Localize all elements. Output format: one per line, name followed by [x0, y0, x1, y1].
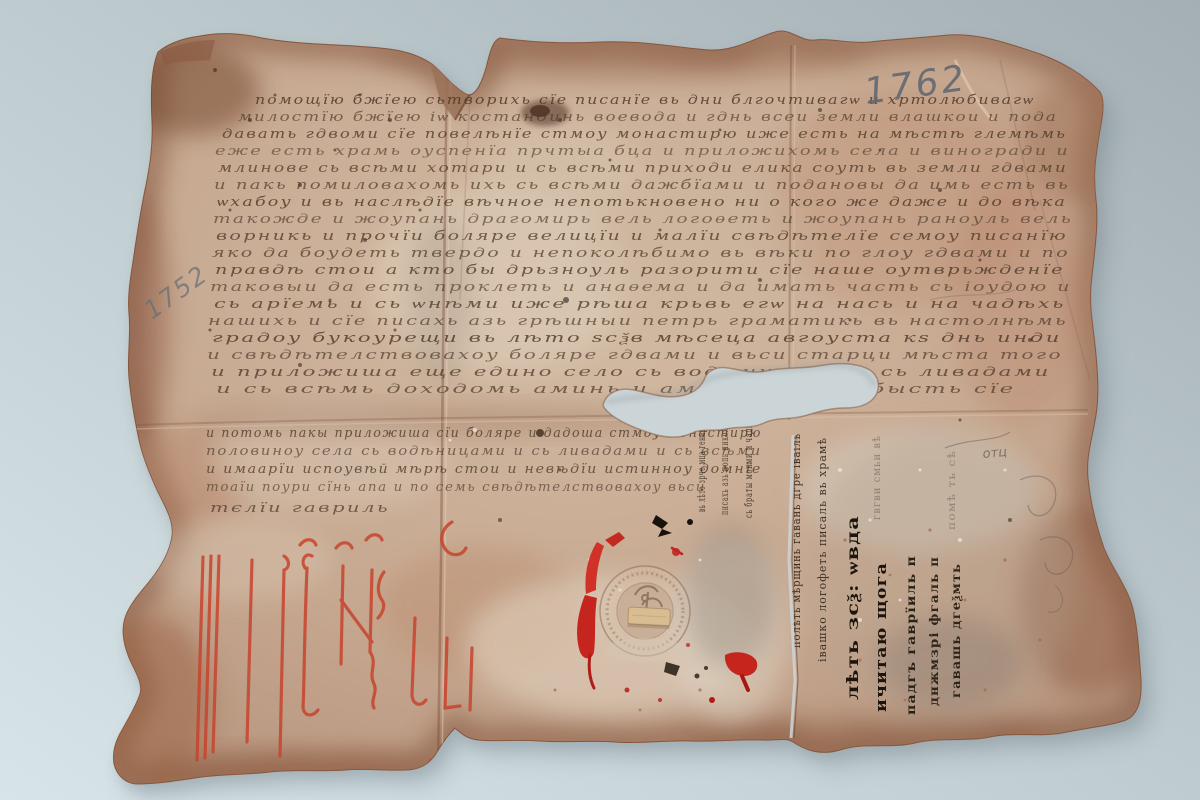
manuscript-line: правдѣ стои а кто бы дрьзноуль разорити …	[215, 263, 1065, 278]
manuscript-column-large: ичитаю щога	[872, 562, 890, 712]
manuscript-line: яко да боудеть твердо и непоколѣбимо вь …	[212, 246, 1070, 261]
manuscript-column: вь лѣто зрче мца генара	[697, 424, 708, 512]
manuscript-line: и приложиша еще едино село сь водѣницами…	[211, 365, 1051, 380]
manuscript-column: днжмзрі фгаль п	[927, 556, 941, 706]
manuscript-line: градоу букоурещи вь лѣто ѕсѯв мѣсеца авг…	[212, 331, 1062, 346]
manuscript-column-faint: гвгви смьи вѣ	[872, 435, 883, 520]
manuscript-column: сь браты моими и чады	[744, 422, 755, 518]
manuscript-column-large: лѣть зсѯ: ѡвда	[843, 515, 862, 700]
manuscript-line: и пакь помиловахомь ихь сь всѣми дажбїам…	[214, 178, 1070, 193]
manuscript-line: тєлїи гавриль	[210, 501, 390, 516]
manuscript-line: нашихь и сїе писахь азь грѣшныи петрь гр…	[208, 314, 1068, 329]
photo-of-parchment-charter: помощїю бжїею сьтворихь сїе писанїе вь д…	[0, 0, 1200, 800]
manuscript-line: ворникь и прочїи боляре велицїи и малїи …	[216, 229, 1068, 244]
manuscript-column-faint: помѣ ть сѣ	[947, 450, 958, 530]
manuscript-column: писахь азь попь никола	[720, 423, 731, 515]
manuscript-column: івашко логофеть писаль вь храмѣ	[816, 437, 829, 662]
manuscript-line: еже есть храмь оуспенїа прчтыа бца и при…	[215, 144, 1070, 159]
manuscript-column: падгъ гаврїиль п	[904, 555, 918, 715]
photo-canvas: помощїю бжїею сьтворихь сїе писанїе вь д…	[0, 0, 1200, 800]
manuscript-column: гавашь дгеѯмть	[949, 563, 963, 698]
manuscript-line: и имаарїи испоувѣй мѣрѣ стои и невѣдїи и…	[206, 462, 762, 477]
manuscript-line: таковыи да есть проклеть и анаѳема и да …	[210, 280, 1072, 295]
seal-slit-strip	[628, 607, 671, 629]
manuscript-line: сь арїемь и сь ѡнѣми иже рѣша крьвь егѡ …	[214, 297, 1066, 312]
manuscript-line: давать гдвоми сїе повелѣнїе стмоу монаст…	[222, 127, 1067, 142]
manuscript-line: милостїю бжїею іѡ костандинь воевода и г…	[238, 110, 1058, 125]
pencil-stray-word: отц	[982, 445, 1008, 462]
manuscript-line: половиноу села сь водѣницами и сь ливада…	[206, 444, 762, 459]
manuscript-line: млинове сь всѣми хотари и сь всѣми прихо…	[218, 161, 1068, 176]
manuscript-line: и свѣдѣтелствовахоу боляре гдвами и вьси…	[207, 348, 1063, 363]
manuscript-line: тоаїи поури сїнь апа и по семь свѣдѣтелс…	[206, 480, 706, 495]
manuscript-line: такожде и жоупань драгомирь вель логоѳет…	[213, 212, 1073, 227]
manuscript-line: ѡхабоу и вь наслѣдїе вѣчное непотькновен…	[217, 195, 1067, 210]
